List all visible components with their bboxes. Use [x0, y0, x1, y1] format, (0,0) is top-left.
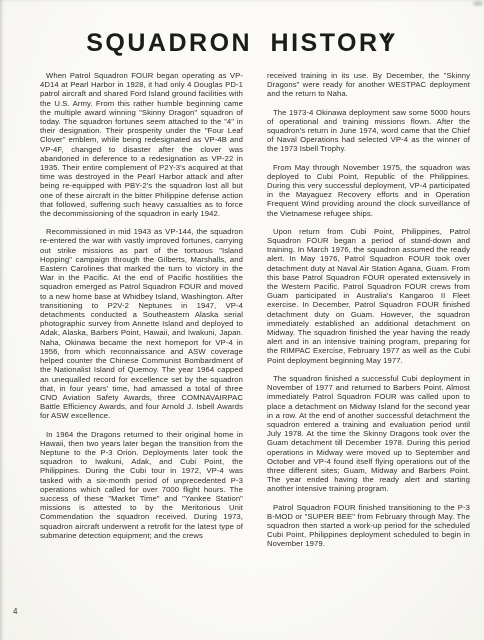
scanned-book-page: SQUADRON HISTORY When Patrol Squadron FO… — [0, 0, 484, 640]
page-title: SQUADRON HISTORY — [0, 29, 484, 58]
paragraph: When Patrol Squadron FOUR began operatin… — [40, 71, 243, 218]
scan-edge-shadow-left — [0, 0, 4, 640]
paragraph: Recommissioned in mid 1943 as VP-144, th… — [40, 227, 243, 420]
left-column: When Patrol Squadron FOUR began operatin… — [40, 71, 243, 558]
paragraph: The 1973-4 Okinawa deployment saw some 5… — [267, 108, 470, 154]
scan-edge-shadow-top — [0, 0, 484, 3]
two-column-text: When Patrol Squadron FOUR began operatin… — [40, 71, 470, 558]
right-column: received training in its use. By Decembe… — [267, 71, 470, 558]
paragraph: received training in its use. By Decembe… — [267, 71, 470, 99]
paragraph: Upon return from Cubi Point, Philippines… — [267, 227, 470, 365]
paragraph: Patrol Squadron FOUR finished transition… — [267, 503, 470, 549]
page-number: 4 — [13, 607, 17, 616]
paragraph: From May through November 1975, the squa… — [267, 163, 470, 218]
scan-smudge-artifact — [473, 1, 483, 6]
paragraph: The squadron finished a successful Cubi … — [267, 374, 470, 494]
paragraph: In 1964 the Dragons returned to their or… — [40, 430, 243, 540]
